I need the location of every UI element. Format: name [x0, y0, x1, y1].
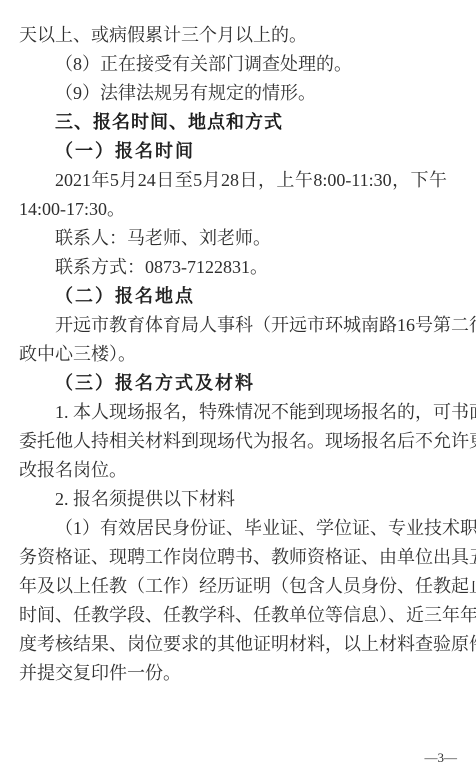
text-line: 天以上、或病假累计三个月以上的。 — [19, 21, 447, 50]
text-line: 1. 本人现场报名，特殊情况不能到现场报名的，可书面 — [19, 398, 447, 427]
text-line: 年及以上任教（工作）经历证明（包含人员身份、任教起止 — [19, 572, 447, 601]
text-line: 2021年5月24日至5月28日，上午8:00-11:30，下午 — [19, 166, 447, 195]
text-line: 时间、任教学段、任教学科、任教单位等信息）、近三年年 — [19, 601, 447, 630]
text-line: （8）正在接受有关部门调查处理的。 — [19, 50, 447, 79]
page-number: —3— — [425, 750, 458, 766]
text-line: 并提交复印件一份。 — [19, 659, 447, 688]
text-line: 14:00-17:30。 — [19, 195, 447, 224]
section-heading: 三、报名时间、地点和方式 — [19, 108, 447, 137]
subsection-heading: （一）报名时间 — [19, 137, 447, 166]
text-line: 政中心三楼）。 — [19, 340, 447, 369]
text-line: （9）法律法规另有规定的情形。 — [19, 79, 447, 108]
text-line: 务资格证、现聘工作岗位聘书、教师资格证、由单位出具五 — [19, 543, 447, 572]
subsection-heading: （二）报名地点 — [19, 282, 447, 311]
text-line: 委托他人持相关材料到现场代为报名。现场报名后不允许更 — [19, 427, 447, 456]
text-line: 开远市教育体育局人事科（开远市环城南路16号第二行 — [19, 311, 447, 340]
text-line: 2. 报名须提供以下材料 — [19, 485, 447, 514]
document-page: 天以上、或病假累计三个月以上的。（8）正在接受有关部门调查处理的。（9）法律法规… — [0, 0, 476, 782]
text-line: （1）有效居民身份证、毕业证、学位证、专业技术职 — [19, 514, 447, 543]
text-line: 度考核结果、岗位要求的其他证明材料，以上材料查验原件， — [19, 630, 447, 659]
text-line: 改报名岗位。 — [19, 456, 447, 485]
subsection-heading: （三）报名方式及材料 — [19, 369, 447, 398]
text-line: 联系方式：0873-7122831。 — [19, 253, 447, 282]
text-line: 联系人：马老师、刘老师。 — [19, 224, 447, 253]
document-body: 天以上、或病假累计三个月以上的。（8）正在接受有关部门调查处理的。（9）法律法规… — [19, 21, 447, 688]
